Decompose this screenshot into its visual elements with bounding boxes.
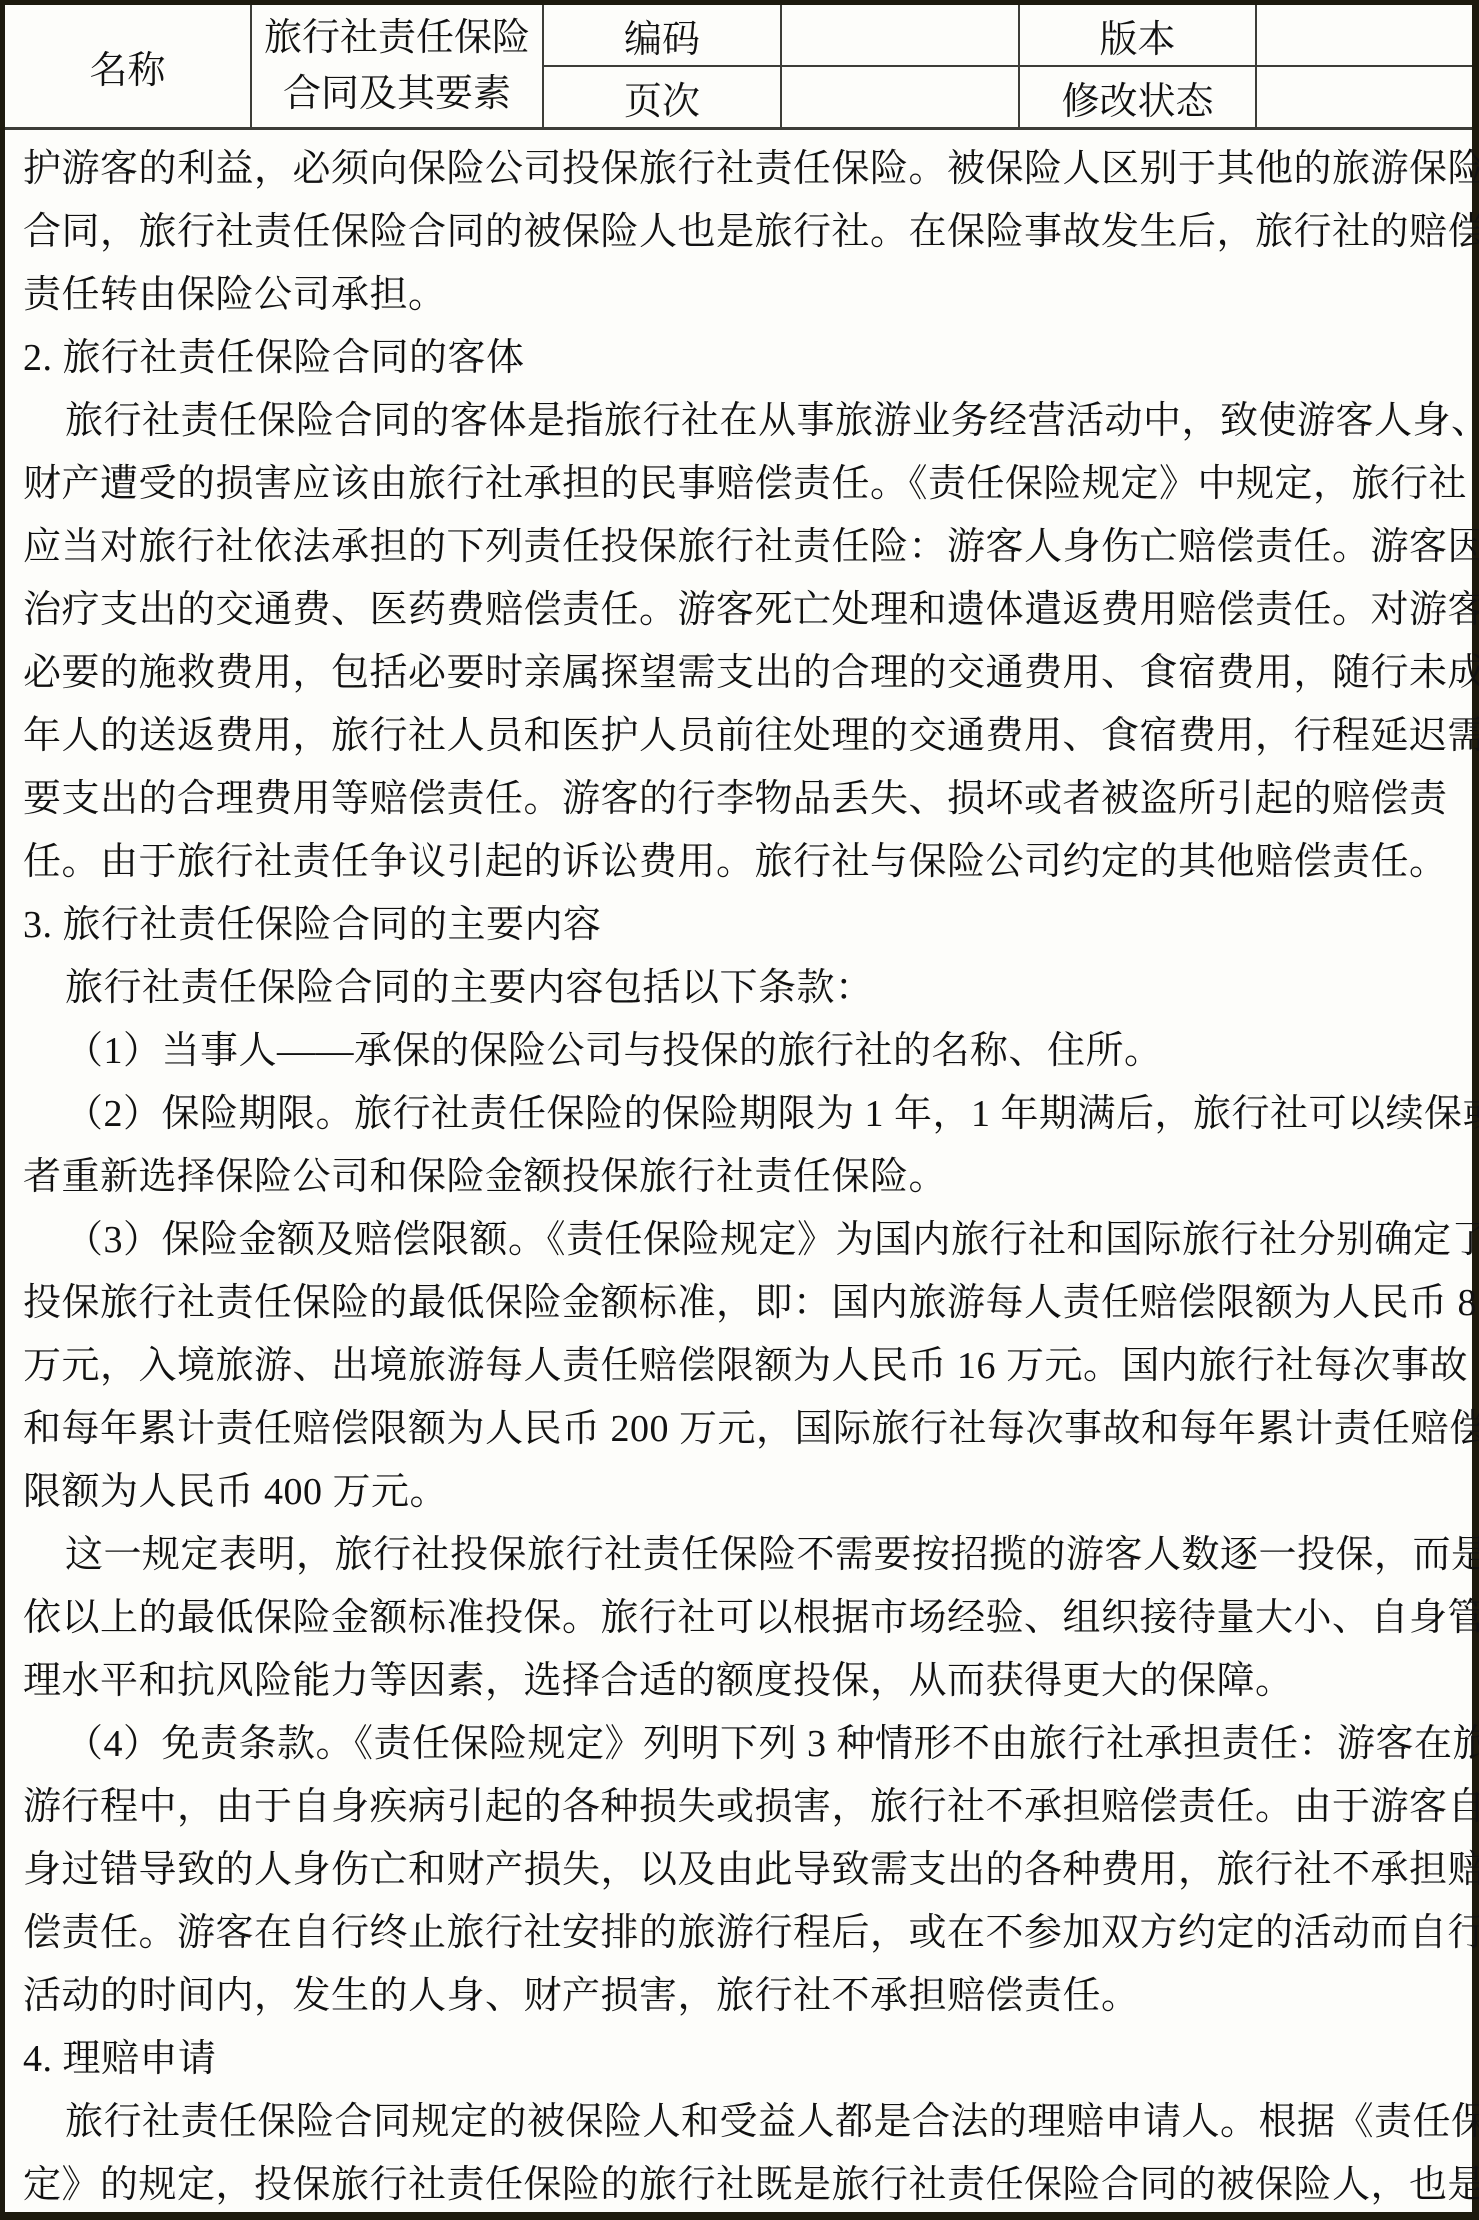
revision-label: 修改状态 xyxy=(1061,81,1213,123)
text-line: （1）当事人——承保的保险公司与投保的旅行社的名称、住所。 xyxy=(23,1020,1462,1083)
text-line: 旅行社责任保险合同的客体是指旅行社在从事旅游业务经营活动中，致使游客人身、 xyxy=(23,390,1462,453)
doc-title-line2: 合同及其要素 xyxy=(252,66,542,122)
text-line: 限额为人民币 400 万元。 xyxy=(23,1461,1462,1524)
text-line: 游行程中，由于自身疾病引起的各种损失或损害，旅行社不承担赔偿责任。由于游客自 xyxy=(23,1776,1462,1839)
text-line: 责任转由保险公司承担。 xyxy=(23,264,1462,327)
version-value-cell xyxy=(1256,5,1472,66)
text-line: 应当对旅行社依法承担的下列责任投保旅行社责任险：游客人身伤亡赔偿责任。游客因 xyxy=(23,516,1462,579)
text-line: 依以上的最低保险金额标准投保。旅行社可以根据市场经验、组织接待量大小、自身管 xyxy=(23,1587,1462,1650)
code-label-cell: 编码 xyxy=(543,5,781,66)
text-line: 万元，入境旅游、出境旅游每人责任赔偿限额为人民币 16 万元。国内旅行社每次事故 xyxy=(23,1335,1462,1398)
text-line: （3）保险金额及赔偿限额。《责任保险规定》为国内旅行社和国际旅行社分别确定了 xyxy=(23,1209,1462,1272)
text-line: 投保旅行社责任保险的最低保险金额标准，即：国内旅游每人责任赔偿限额为人民币 8 xyxy=(23,1272,1462,1335)
document-header-table: 名称 旅行社责任保险 合同及其要素 编码 版本 页次 xyxy=(5,5,1472,130)
text-line: 活动的时间内，发生的人身、财产损害，旅行社不承担赔偿责任。 xyxy=(23,1965,1462,2028)
text-line: 财产遭受的损害应该由旅行社承担的民事赔偿责任。《责任保险规定》中规定，旅行社 xyxy=(23,453,1462,516)
text-line: 理水平和抗风险能力等因素，选择合适的额度投保，从而获得更大的保障。 xyxy=(23,1650,1462,1713)
text-line: 年人的送返费用，旅行社人员和医护人员前往处理的交通费用、食宿费用，行程延迟需 xyxy=(23,705,1462,768)
version-label-cell: 版本 xyxy=(1019,5,1256,66)
text-line: 治疗支出的交通费、医药费赔偿责任。游客死亡处理和遗体遣返费用赔偿责任。对游客 xyxy=(23,579,1462,642)
text-line: 偿责任。游客在自行终止旅行社安排的旅游行程后，或在不参加双方约定的活动而自行 xyxy=(23,1902,1462,1965)
text-line: 旅行社责任保险合同规定的被保险人和受益人都是合法的理赔申请人。根据《责任保险规 xyxy=(23,2091,1462,2154)
text-line: 旅行社责任保险合同的主要内容包括以下条款： xyxy=(23,957,1462,1020)
doc-title-line1: 旅行社责任保险 xyxy=(252,10,542,66)
text-line: 要支出的合理费用等赔偿责任。游客的行李物品丢失、损坏或者被盗所引起的赔偿责 xyxy=(23,768,1462,831)
document-page: 名称 旅行社责任保险 合同及其要素 编码 版本 页次 xyxy=(0,0,1479,2220)
code-value-cell xyxy=(781,5,1019,66)
body-text: 护游客的利益，必须向保险公司投保旅行社责任保险。被保险人区别于其他的旅游保险合同… xyxy=(5,130,1472,2217)
version-label: 版本 xyxy=(1099,19,1175,61)
page-value-cell xyxy=(781,66,1019,129)
text-line: （2）保险期限。旅行社责任保险的保险期限为 1 年，1 年期满后，旅行社可以续保… xyxy=(23,1083,1462,1146)
revision-label-cell: 修改状态 xyxy=(1019,66,1256,129)
revision-value-cell xyxy=(1256,66,1472,129)
text-line: 3. 旅行社责任保险合同的主要内容 xyxy=(23,894,1462,957)
text-line: 任。由于旅行社责任争议引起的诉讼费用。旅行社与保险公司约定的其他赔偿责任。 xyxy=(23,831,1462,894)
text-line: 合同，旅行社责任保险合同的被保险人也是旅行社。在保险事故发生后，旅行社的赔偿 xyxy=(23,201,1462,264)
text-line: （4）免责条款。《责任保险规定》列明下列 3 种情形不由旅行社承担责任：游客在旅 xyxy=(23,1713,1462,1776)
text-line: 4. 理赔申请 xyxy=(23,2028,1462,2091)
text-line: 必要的施救费用，包括必要时亲属探望需支出的合理的交通费用、食宿费用，随行未成 xyxy=(23,642,1462,705)
doc-title-cell: 旅行社责任保险 合同及其要素 xyxy=(251,5,543,129)
name-label-cell: 名称 xyxy=(5,5,251,129)
text-line: 者重新选择保险公司和保险金额投保旅行社责任保险。 xyxy=(23,1146,1462,1209)
text-line: 和每年累计责任赔偿限额为人民币 200 万元，国际旅行社每次事故和每年累计责任赔… xyxy=(23,1398,1462,1461)
text-line: 身过错导致的人身伤亡和财产损失，以及由此导致需支出的各种费用，旅行社不承担赔 xyxy=(23,1839,1462,1902)
name-label: 名称 xyxy=(89,50,165,92)
code-label: 编码 xyxy=(624,19,700,61)
text-line: 这一规定表明，旅行社投保旅行社责任保险不需要按招揽的游客人数逐一投保，而是 xyxy=(23,1524,1462,1587)
page-label: 页次 xyxy=(624,81,700,123)
text-line: 定》的规定，投保旅行社责任保险的旅行社既是旅行社责任保险合同的被保险人，也是旅行 xyxy=(23,2154,1462,2217)
text-line: 护游客的利益，必须向保险公司投保旅行社责任保险。被保险人区别于其他的旅游保险 xyxy=(23,138,1462,201)
page-label-cell: 页次 xyxy=(543,66,781,129)
text-line: 2. 旅行社责任保险合同的客体 xyxy=(23,327,1462,390)
